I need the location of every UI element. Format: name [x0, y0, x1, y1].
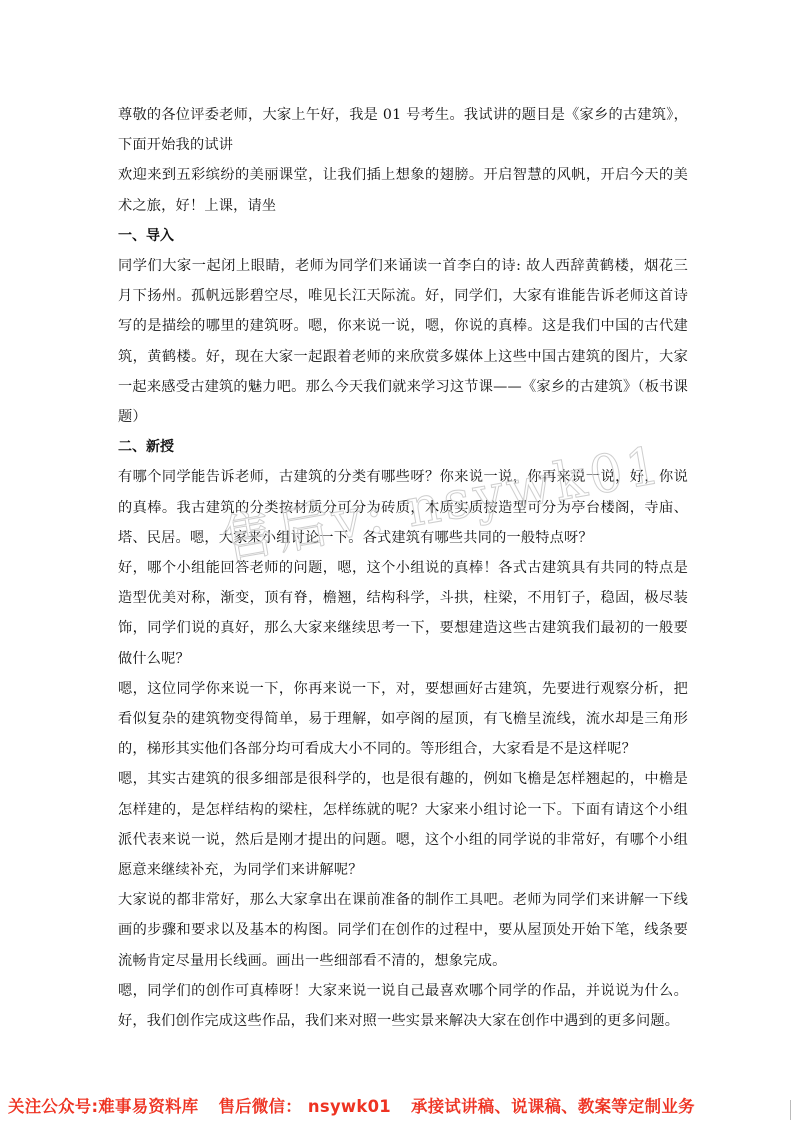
paragraph-classification: 有哪个同学能告诉老师，古建筑的分类有哪些呀？你来说一说，你再来说一说，好，你说的…	[118, 462, 688, 553]
paragraph-features: 好，哪个小组能回答老师的问题，嗯，这个小组说的真棒！各式古建筑具有共同的特点是造…	[118, 553, 688, 674]
page-edge-divider	[790, 1100, 791, 1120]
footer-banner: 关注公众号:难事易资料库 售后微信： nsywk01 承接试讲稿、说课稿、教案等…	[0, 1094, 793, 1120]
section-heading-new-lesson: 二、新授	[118, 432, 688, 462]
paragraph-drawing: 大家说的都非常好，那么大家拿出在课前准备的制作工具吧。老师为同学们来讲解一下线画…	[118, 885, 688, 976]
footer-services-text: 承接试讲稿、说课稿、教案等定制业务	[411, 1097, 695, 1116]
paragraph-observation: 嗯，这位同学你来说一下，你再来说一下，对，要想画好古建筑，先要进行观察分析，把看…	[118, 674, 688, 765]
paragraph-opening: 尊敬的各位评委老师，大家上午好，我是 01 号考生。我试讲的题目是《家乡的古建筑…	[118, 100, 688, 160]
paragraph-details: 嗯，其实古建筑的很多细部是很科学的，也是很有趣的，例如飞檐是怎样翘起的，中檐是怎…	[118, 764, 688, 885]
paragraph-evaluation: 嗯，同学们的创作可真棒呀！大家来说一说自己最喜欢哪个同学的作品，并说说为什么。好…	[118, 976, 688, 1036]
paragraph-intro: 同学们大家一起闭上眼睛，老师为同学们来诵读一首李白的诗: 故人西辞黄鹤楼，烟花三…	[118, 251, 688, 432]
paragraph-welcome: 欢迎来到五彩缤纷的美丽课堂，让我们插上想象的翅膀。开启智慧的风帆，开启今天的美术…	[118, 160, 688, 220]
section-heading-intro: 一、导入	[118, 221, 688, 251]
footer-follow-text: 关注公众号:难事易资料库	[8, 1097, 198, 1116]
footer-wechat-text: 售后微信： nsywk01	[218, 1097, 391, 1116]
document-body: 尊敬的各位评委老师，大家上午好，我是 01 号考生。我试讲的题目是《家乡的古建筑…	[118, 100, 688, 1036]
